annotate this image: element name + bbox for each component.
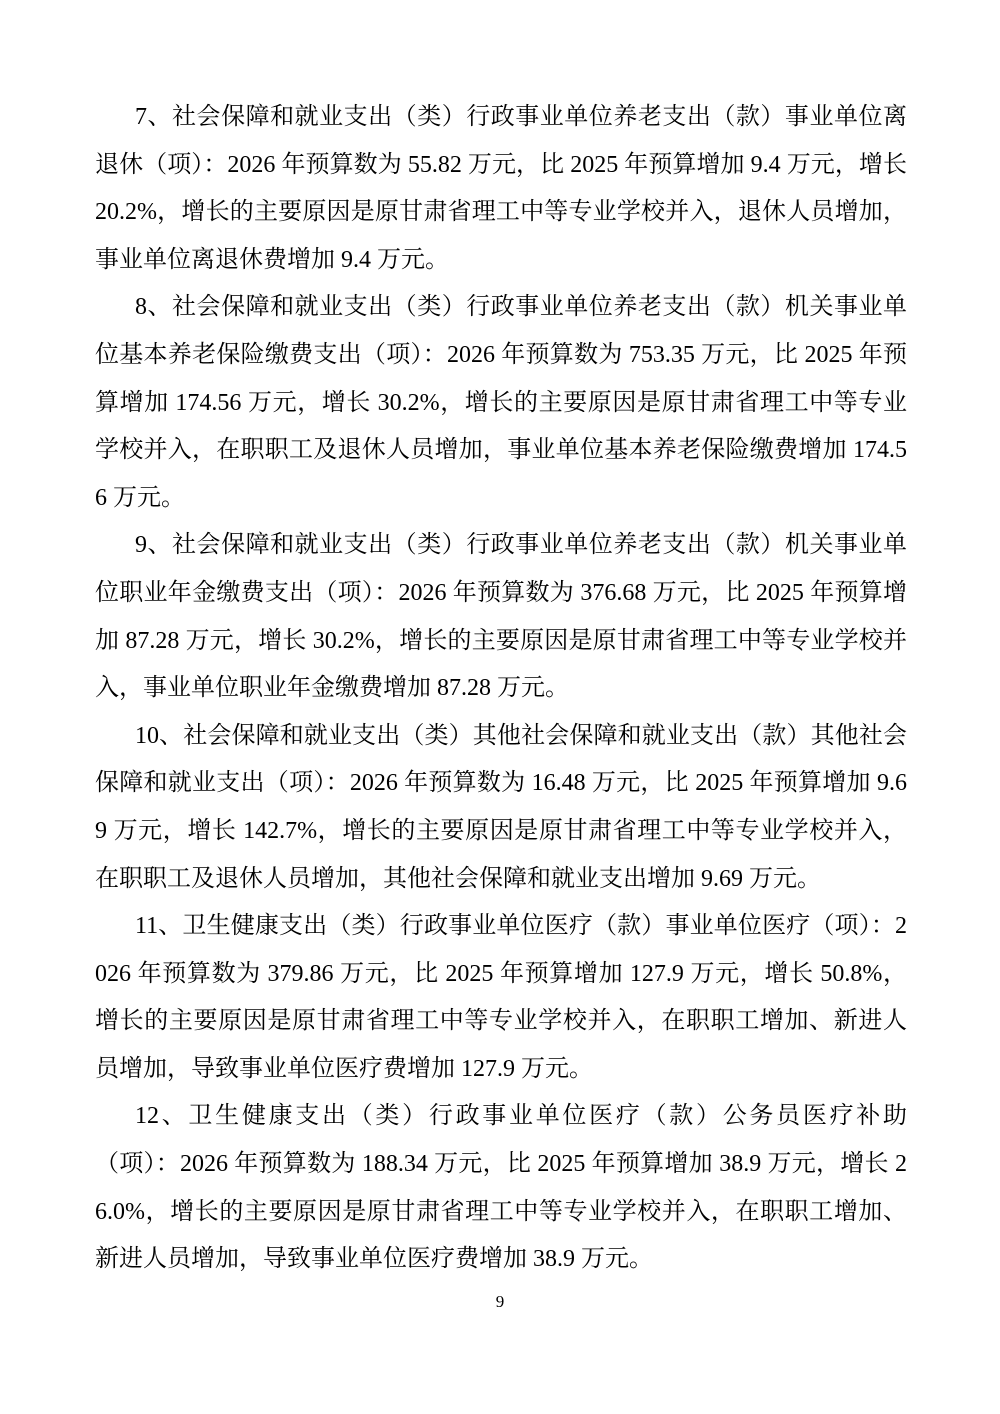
budget-item-9-paragraph: 9、社会保障和就业支出（类）行政事业单位养老支出（款）机关事业单位职业年金缴费支…	[95, 522, 907, 712]
budget-item-8-paragraph: 8、社会保障和就业支出（类）行政事业单位养老支出（款）机关事业单位基本养老保险缴…	[95, 284, 907, 522]
document-body-text: 7、社会保障和就业支出（类）行政事业单位养老支出（款）事业单位离退休（项）：20…	[95, 94, 907, 1284]
budget-item-10-paragraph: 10、社会保障和就业支出（类）其他社会保障和就业支出（款）其他社会保障和就业支出…	[95, 713, 907, 903]
budget-item-12-paragraph: 12、卫生健康支出（类）行政事业单位医疗（款）公务员医疗补助（项）：2026 年…	[95, 1093, 907, 1283]
budget-item-7-paragraph: 7、社会保障和就业支出（类）行政事业单位养老支出（款）事业单位离退休（项）：20…	[95, 94, 907, 284]
page-number: 9	[0, 1292, 1000, 1312]
budget-item-11-paragraph: 11、卫生健康支出（类）行政事业单位医疗（款）事业单位医疗（项）：2026 年预…	[95, 903, 907, 1093]
document-page: 7、社会保障和就业支出（类）行政事业单位养老支出（款）事业单位离退休（项）：20…	[0, 0, 1000, 1414]
